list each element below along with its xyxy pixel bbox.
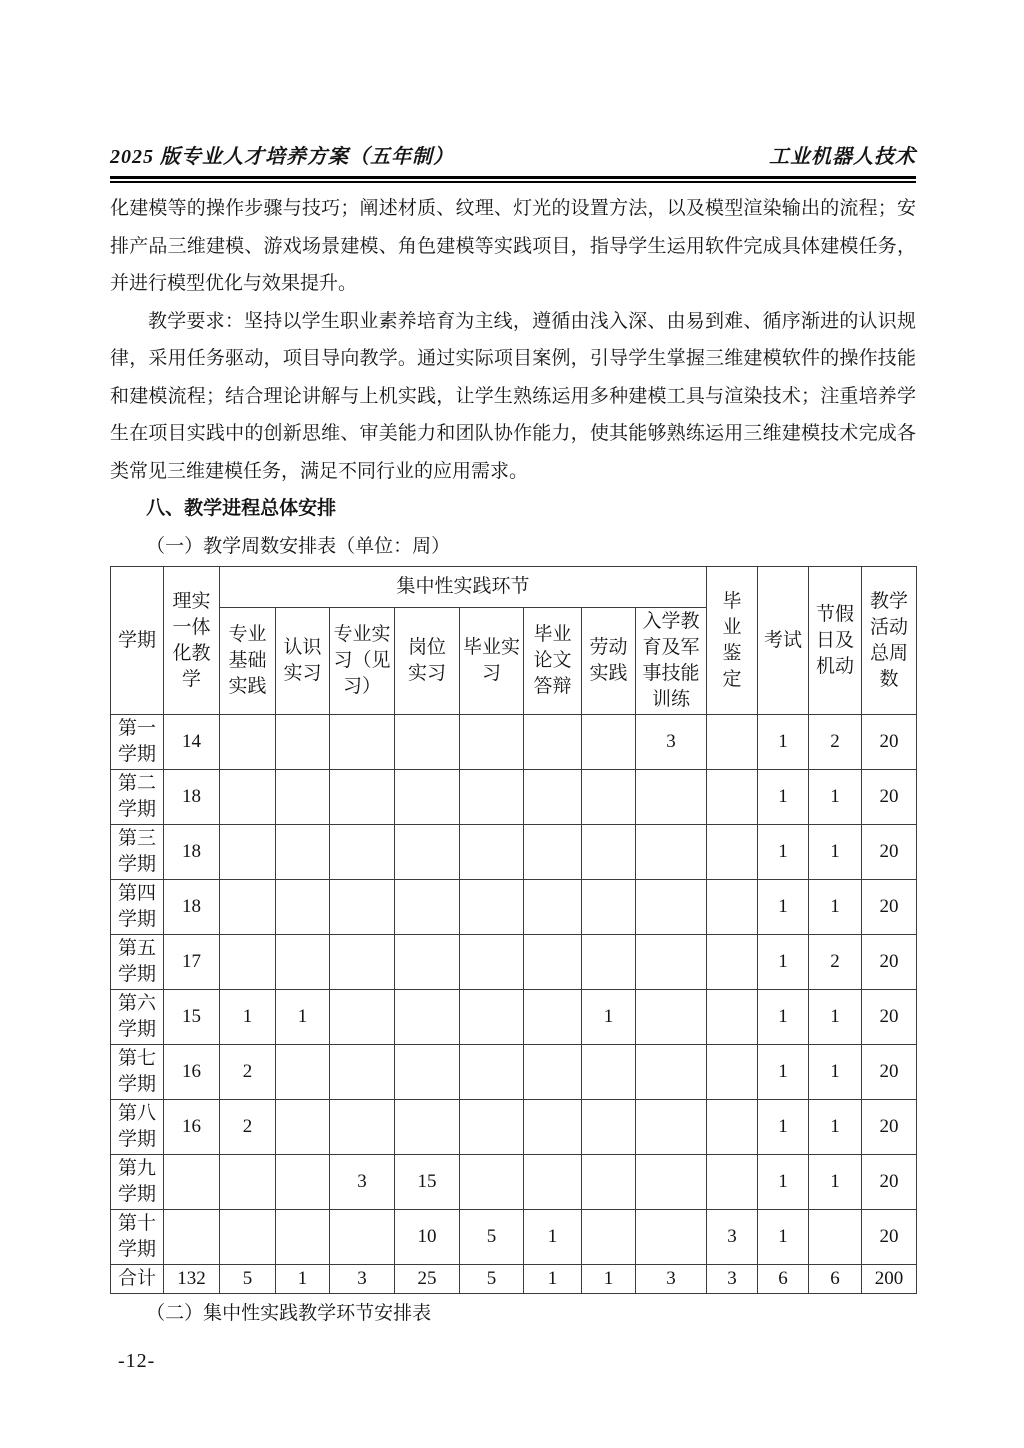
table-cell	[330, 715, 395, 770]
table-cell: 15	[164, 990, 220, 1045]
table-cell	[276, 1100, 330, 1155]
table-cell	[330, 770, 395, 825]
table-cell	[707, 1155, 758, 1210]
table-row: 第二 学期 181120	[111, 770, 917, 825]
table-row: 合计 132513255113366200	[111, 1265, 917, 1294]
table-cell: 25	[395, 1265, 460, 1294]
table-cell	[220, 880, 276, 935]
document-page: 2025 版专业人才培养方案（五年制） 工业机器人技术 化建模等的操作步骤与技巧…	[0, 0, 1024, 1448]
table-cell: 10	[395, 1210, 460, 1265]
table-cell	[524, 715, 582, 770]
col-header-holiday-flex: 节假 日及 机动	[809, 567, 862, 715]
table-cell	[330, 935, 395, 990]
table-cell: 132	[164, 1265, 220, 1294]
table-cell	[524, 770, 582, 825]
table-cell: 3	[707, 1265, 758, 1294]
table-cell	[276, 1155, 330, 1210]
table-cell: 17	[164, 935, 220, 990]
table-row: 第十 学期 10513120	[111, 1210, 917, 1265]
table-cell: 20	[862, 990, 917, 1045]
table-cell: 1	[809, 1100, 862, 1155]
table-cell: 1	[758, 770, 809, 825]
table-row: 第八 学期 1621120	[111, 1100, 917, 1155]
table-cell: 1	[758, 715, 809, 770]
table-cell	[582, 1045, 636, 1100]
table-cell	[707, 935, 758, 990]
table-cell	[707, 990, 758, 1045]
table-cell	[636, 1155, 707, 1210]
table-cell	[636, 770, 707, 825]
table-cell: 1	[276, 1265, 330, 1294]
paragraph-1: 化建模等的操作步骤与技巧；阐述材质、纹理、灯光的设置方法，以及模型渲染输出的流程…	[110, 183, 916, 303]
table-cell	[276, 935, 330, 990]
table-cell: 18	[164, 825, 220, 880]
col-header-thesis-defense: 毕业 论文 答辩	[524, 608, 582, 715]
table-cell: 16	[164, 1100, 220, 1155]
table-body: 第一 学期 1431220 第二 学期 181120 第三 学期 181120 …	[111, 715, 917, 1294]
table-cell: 1	[758, 880, 809, 935]
table-cell	[395, 825, 460, 880]
col-header-professional-internship: 专业实 习（见 习）	[330, 608, 395, 715]
table-cell: 5	[460, 1265, 524, 1294]
table-cell: 15	[395, 1155, 460, 1210]
table-cell: 18	[164, 770, 220, 825]
table-cell	[582, 715, 636, 770]
table-cell: 2	[809, 715, 862, 770]
table-cell: 1	[758, 825, 809, 880]
table-row: 第九 学期 3151120	[111, 1155, 917, 1210]
table-cell: 1	[809, 1155, 862, 1210]
table-cell	[636, 825, 707, 880]
table-cell	[582, 1100, 636, 1155]
table-cell: 1	[758, 990, 809, 1045]
table-cell: 1	[809, 825, 862, 880]
table-cell: 5	[460, 1210, 524, 1265]
table-cell	[636, 880, 707, 935]
table-cell: 2	[220, 1100, 276, 1155]
table-cell: 1	[758, 1045, 809, 1100]
table-cell	[276, 770, 330, 825]
table-cell	[220, 1210, 276, 1265]
table-cell	[636, 990, 707, 1045]
table-cell	[276, 1210, 330, 1265]
col-header-graduation-appraisal: 毕 业 鉴 定	[707, 567, 758, 715]
table-cell	[582, 1155, 636, 1210]
table-row: 第一 学期 1431220	[111, 715, 917, 770]
table-cell	[460, 715, 524, 770]
table-cell	[276, 880, 330, 935]
page-content: 2025 版专业人才培养方案（五年制） 工业机器人技术 化建模等的操作步骤与技巧…	[110, 140, 916, 1334]
table-cell: 1	[220, 990, 276, 1045]
col-header-labor-practice: 劳动 实践	[582, 608, 636, 715]
table-cell	[524, 1045, 582, 1100]
table-cell	[395, 935, 460, 990]
col-header-post-internship: 岗位 实习	[395, 608, 460, 715]
row-label: 第七 学期	[111, 1045, 164, 1100]
table-cell: 2	[220, 1045, 276, 1100]
table-cell	[220, 825, 276, 880]
col-header-semester: 学期	[111, 567, 164, 715]
table-cell	[707, 715, 758, 770]
table-cell: 1	[582, 990, 636, 1045]
table-cell: 2	[809, 935, 862, 990]
table-cell	[460, 990, 524, 1045]
table-cell: 1	[524, 1210, 582, 1265]
table-cell: 1	[582, 1265, 636, 1294]
col-header-exam: 考试	[758, 567, 809, 715]
table-cell	[460, 825, 524, 880]
table-cell	[164, 1210, 220, 1265]
table-row: 第七 学期 1621120	[111, 1045, 917, 1100]
table-header: 学期 理实 一体 化教 学 集中性实践环节 毕 业 鉴 定 考试 节假 日及 机…	[111, 567, 917, 715]
table-row: 第三 学期 181120	[111, 825, 917, 880]
row-label: 第三 学期	[111, 825, 164, 880]
table-cell	[330, 1210, 395, 1265]
col-header-integrated-teaching: 理实 一体 化教 学	[164, 567, 220, 715]
table-cell	[707, 770, 758, 825]
teaching-weeks-table: 学期 理实 一体 化教 学 集中性实践环节 毕 业 鉴 定 考试 节假 日及 机…	[110, 566, 917, 1294]
table-cell	[460, 1100, 524, 1155]
table-cell	[276, 715, 330, 770]
table-cell	[582, 1210, 636, 1265]
table-cell: 1	[758, 1155, 809, 1210]
table-cell: 1	[809, 770, 862, 825]
table-cell: 18	[164, 880, 220, 935]
section-heading: 八、教学进程总体安排	[110, 490, 916, 528]
table-cell: 6	[758, 1265, 809, 1294]
table-cell: 20	[862, 1155, 917, 1210]
row-label: 第六 学期	[111, 990, 164, 1045]
row-label: 合计	[111, 1265, 164, 1294]
table-cell	[276, 1045, 330, 1100]
table-cell	[460, 1155, 524, 1210]
table-cell: 1	[758, 1210, 809, 1265]
table-cell	[395, 770, 460, 825]
table-cell	[582, 935, 636, 990]
table-cell	[164, 1155, 220, 1210]
table-cell	[220, 715, 276, 770]
table-cell: 1	[809, 990, 862, 1045]
paragraph-2: 教学要求：坚持以学生职业素养培育为主线，遵循由浅入深、由易到难、循序渐进的认识规…	[110, 303, 916, 491]
table-cell	[220, 1155, 276, 1210]
table-cell: 20	[862, 935, 917, 990]
table-cell	[707, 880, 758, 935]
col-header-basic-practice: 专业 基础 实践	[220, 608, 276, 715]
table-cell: 20	[862, 880, 917, 935]
table-cell	[395, 990, 460, 1045]
table-row: 第四 学期 181120	[111, 880, 917, 935]
row-label: 第四 学期	[111, 880, 164, 935]
header-right-title: 工业机器人技术	[769, 140, 916, 169]
table-cell: 3	[636, 715, 707, 770]
table-cell	[395, 880, 460, 935]
row-label: 第十 学期	[111, 1210, 164, 1265]
table-cell	[707, 825, 758, 880]
table-cell: 20	[862, 1210, 917, 1265]
table-caption-below: （二）集中性实践教学环节安排表	[110, 1294, 916, 1334]
table-cell: 1	[758, 935, 809, 990]
table-cell	[707, 1045, 758, 1100]
row-label: 第九 学期	[111, 1155, 164, 1210]
col-group-practice: 集中性实践环节	[220, 567, 707, 608]
table-cell	[524, 935, 582, 990]
table-cell	[395, 1100, 460, 1155]
running-header: 2025 版专业人才培养方案（五年制） 工业机器人技术	[110, 140, 916, 176]
table-cell	[460, 770, 524, 825]
table-cell	[636, 1210, 707, 1265]
table-cell: 20	[862, 1045, 917, 1100]
table-cell: 16	[164, 1045, 220, 1100]
table-cell	[460, 935, 524, 990]
table-cell: 1	[524, 1265, 582, 1294]
table-cell	[582, 825, 636, 880]
table-row: 第六 学期 151111120	[111, 990, 917, 1045]
table-cell	[524, 1155, 582, 1210]
table-cell: 3	[330, 1155, 395, 1210]
table-cell	[582, 880, 636, 935]
table-row: 第五 学期 171220	[111, 935, 917, 990]
col-header-graduation-internship: 毕业实 习	[460, 608, 524, 715]
table-cell: 1	[276, 990, 330, 1045]
table-cell	[395, 1045, 460, 1100]
table-cell: 200	[862, 1265, 917, 1294]
table-cell	[330, 880, 395, 935]
table-cell: 1	[809, 1045, 862, 1100]
table-cell	[636, 1100, 707, 1155]
table-cell	[707, 1100, 758, 1155]
table-cell	[460, 880, 524, 935]
table-cell: 3	[636, 1265, 707, 1294]
header-double-rule	[110, 176, 916, 183]
row-label: 第二 学期	[111, 770, 164, 825]
table-cell	[460, 1045, 524, 1100]
table-cell	[524, 1100, 582, 1155]
table-cell	[276, 825, 330, 880]
row-label: 第一 学期	[111, 715, 164, 770]
col-header-cognition-internship: 认识 实习	[276, 608, 330, 715]
table-cell	[395, 715, 460, 770]
table-cell: 20	[862, 825, 917, 880]
table-cell	[220, 935, 276, 990]
table-cell	[582, 770, 636, 825]
table-cell	[330, 1045, 395, 1100]
col-header-total-weeks: 教学 活动 总周 数	[862, 567, 917, 715]
table-cell	[524, 880, 582, 935]
col-header-enrollment-military: 入学教 育及军 事技能 训练	[636, 608, 707, 715]
table-cell	[636, 935, 707, 990]
table-cell	[330, 990, 395, 1045]
table-cell: 1	[809, 880, 862, 935]
table-cell	[330, 1100, 395, 1155]
table-caption-above: （一）教学周数安排表（单位：周）	[110, 528, 916, 565]
table-cell: 3	[707, 1210, 758, 1265]
table-cell	[524, 990, 582, 1045]
table-cell: 6	[809, 1265, 862, 1294]
table-cell: 20	[862, 715, 917, 770]
table-cell: 20	[862, 1100, 917, 1155]
table-cell	[524, 825, 582, 880]
table-cell	[220, 770, 276, 825]
table-cell	[636, 1045, 707, 1100]
table-cell: 20	[862, 770, 917, 825]
row-label: 第五 学期	[111, 935, 164, 990]
header-left-title: 2025 版专业人才培养方案（五年制）	[110, 140, 454, 169]
row-label: 第八 学期	[111, 1100, 164, 1155]
table-cell	[809, 1210, 862, 1265]
table-cell	[330, 825, 395, 880]
page-number: -12-	[118, 1350, 155, 1373]
table-cell: 3	[330, 1265, 395, 1294]
table-cell: 5	[220, 1265, 276, 1294]
table-cell: 1	[758, 1100, 809, 1155]
table-cell: 14	[164, 715, 220, 770]
